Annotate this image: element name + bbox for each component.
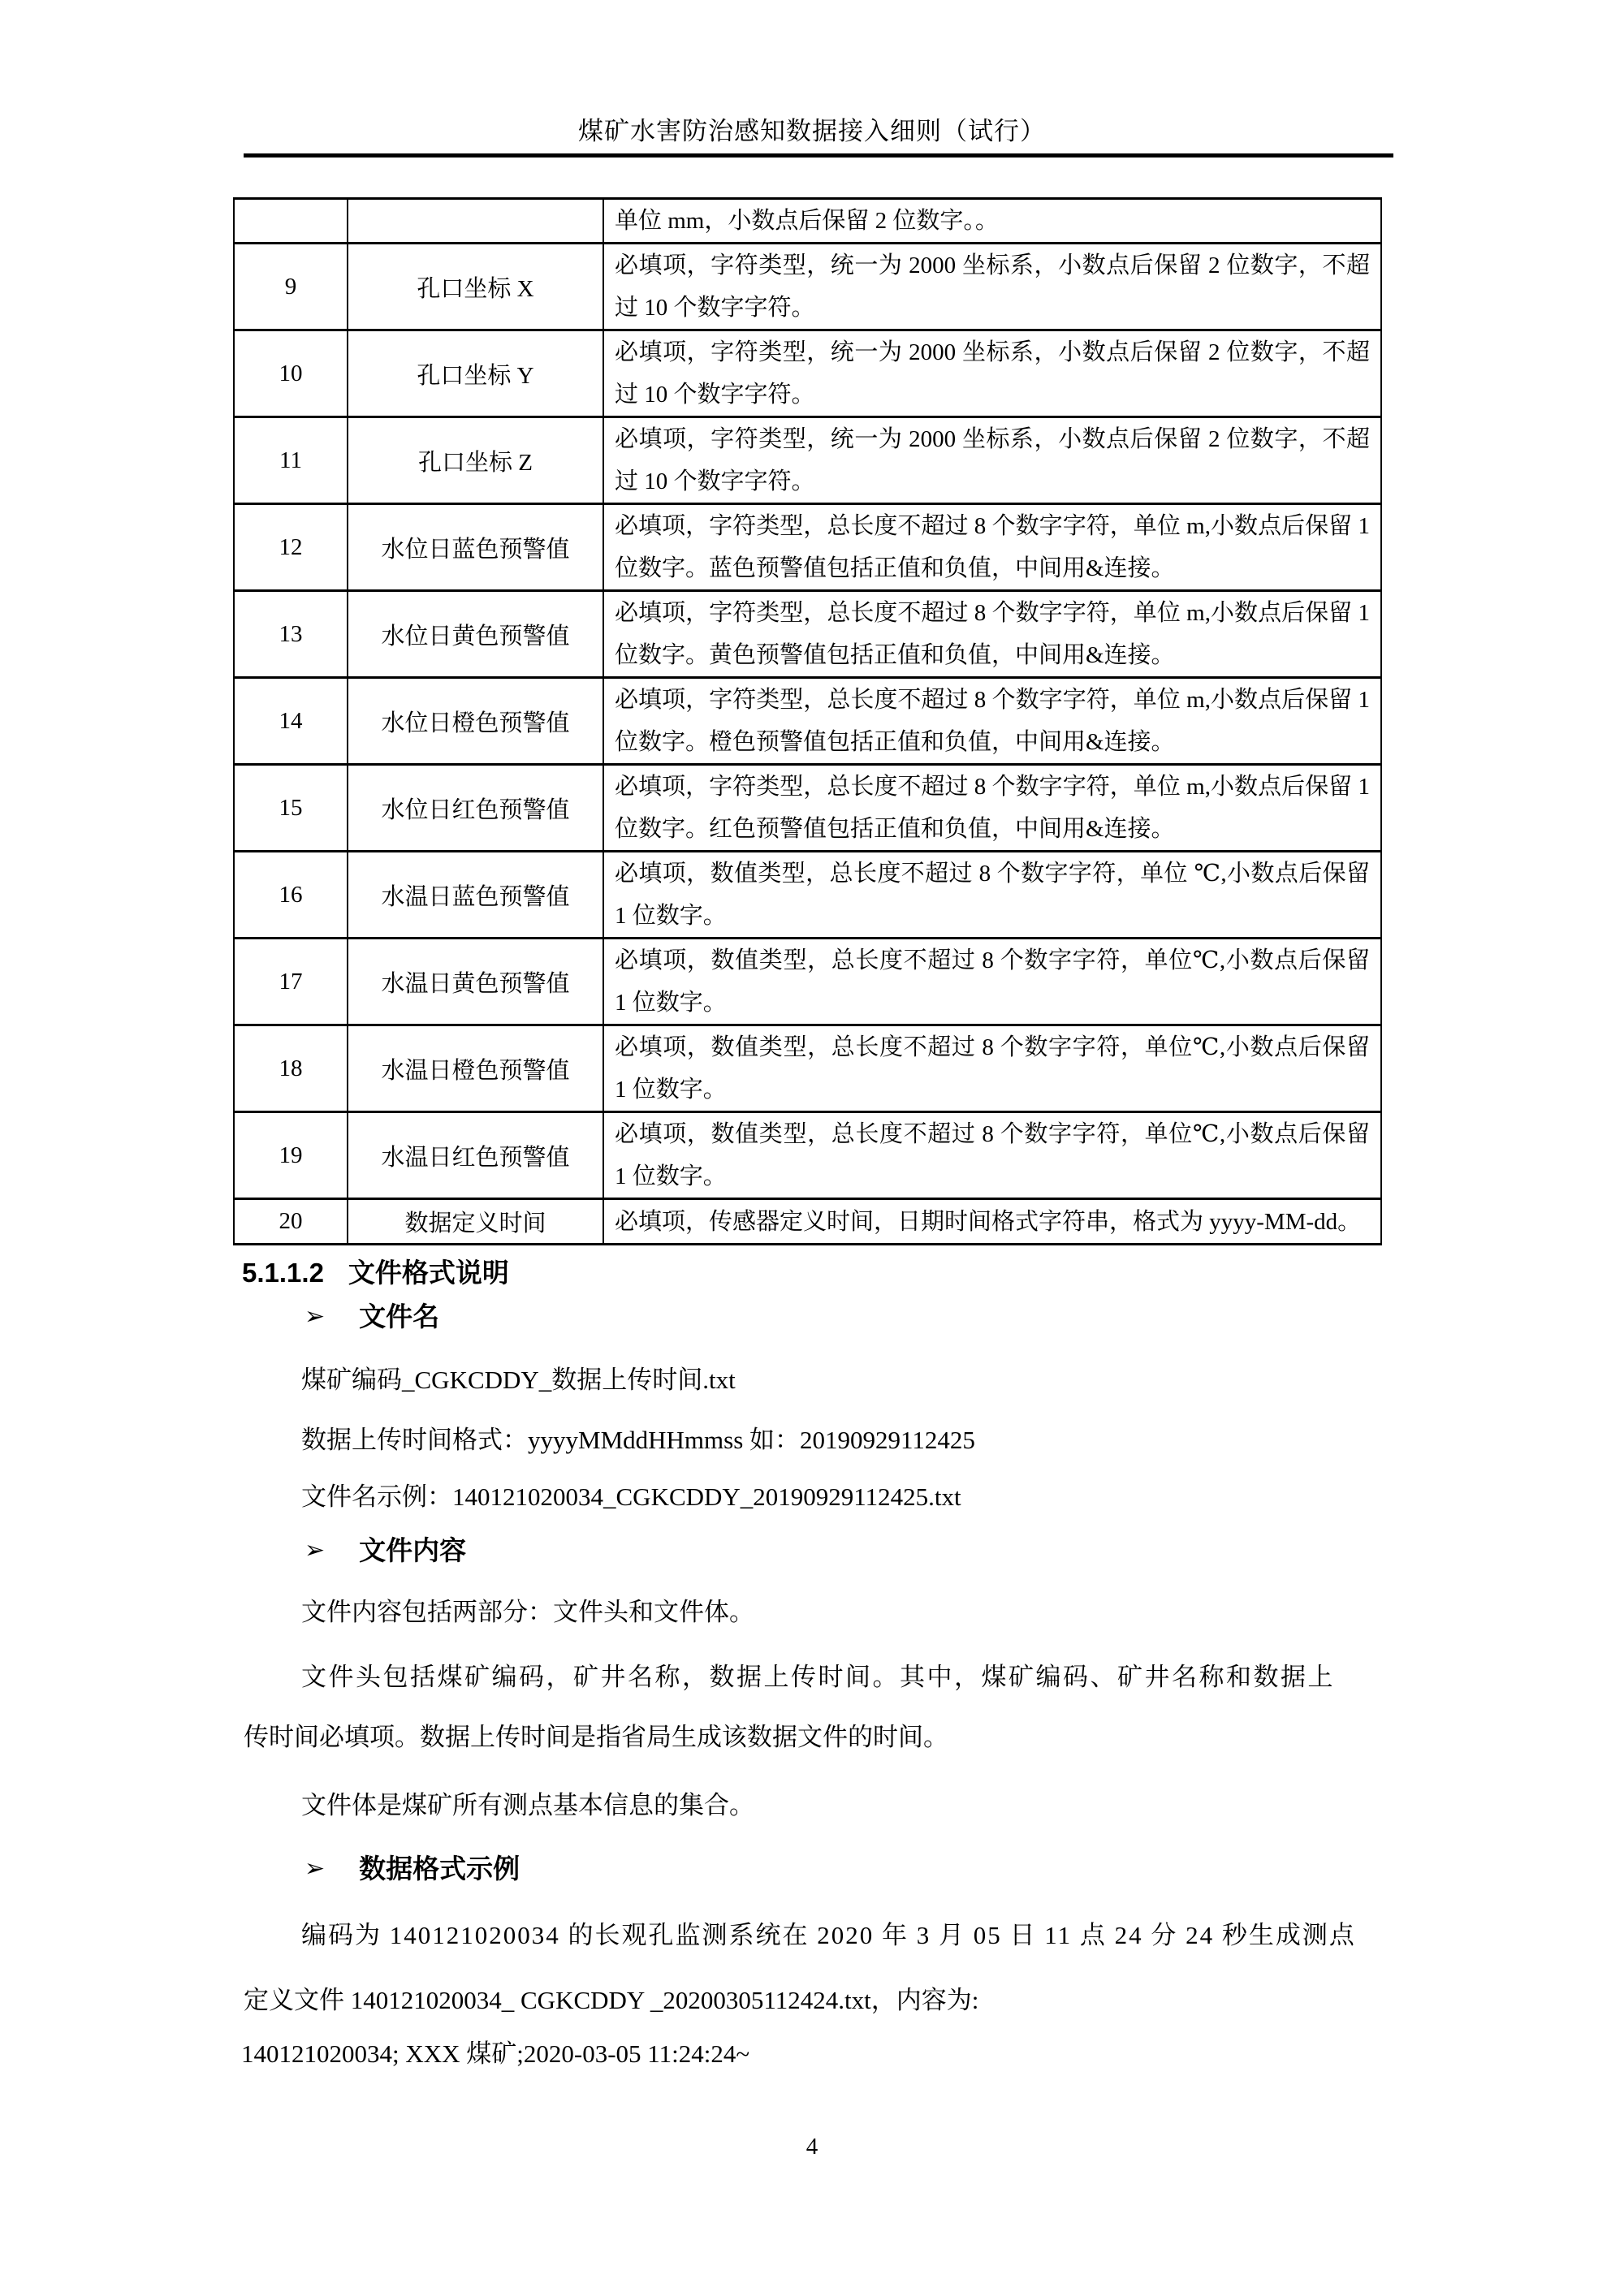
cell-field-name: 孔口坐标 X <box>348 244 603 330</box>
cell-field-name: 水位日橙色预警值 <box>348 678 603 765</box>
paragraph-example-3: 140121020034; XXX 煤矿;2020-03-05 11:24:24… <box>241 2033 749 2069</box>
bullet-label: 文件名 <box>359 1301 439 1331</box>
paragraph-content-2b: 传时间必填项。数据上传时间是指省局生成该数据文件的时间。 <box>244 1716 948 1753</box>
document-header-title: 煤矿水害防治感知数据接入细则（试行） <box>0 110 1624 147</box>
cell-seq: 19 <box>234 1112 348 1199</box>
paragraph-content-2a: 文件头包括煤矿编码，矿井名称，数据上传时间。其中，煤矿编码、矿井名称和数据上 <box>301 1656 1335 1693</box>
bullet-arrow-icon: ➢ <box>304 1855 325 1882</box>
spec-table: 单位 mm，小数点后保留 2 位数字。。 9 孔口坐标 X 必填项，字符类型，统… <box>233 197 1382 1245</box>
cell-description: 必填项，字符类型，统一为 2000 坐标系，小数点后保留 2 位数字，不超过 1… <box>603 244 1381 330</box>
cell-description: 必填项，字符类型，统一为 2000 坐标系，小数点后保留 2 位数字，不超过 1… <box>603 417 1381 504</box>
cell-field-name: 水位日蓝色预警值 <box>348 504 603 591</box>
bullet-item-data-example: ➢数据格式示例 <box>304 1848 520 1884</box>
cell-field-name: 水温日红色预警值 <box>348 1112 603 1199</box>
table-row: 18 水温日橙色预警值 必填项，数值类型，总长度不超过 8 个数字字符，单位℃,… <box>234 1025 1381 1112</box>
table-row: 10 孔口坐标 Y 必填项，字符类型，统一为 2000 坐标系，小数点后保留 2… <box>234 330 1381 417</box>
cell-description: 必填项，字符类型，总长度不超过 8 个数字字符，单位 m,小数点后保留 1 位数… <box>603 678 1381 765</box>
paragraph-filename-pattern: 煤矿编码_CGKCDDY_数据上传时间.txt <box>301 1359 736 1396</box>
table-row: 14 水位日橙色预警值 必填项，字符类型，总长度不超过 8 个数字字符，单位 m… <box>234 678 1381 765</box>
cell-seq: 20 <box>234 1199 348 1245</box>
cell-seq <box>234 199 348 244</box>
paragraph-content-3: 文件体是煤矿所有测点基本信息的集合。 <box>301 1785 754 1821</box>
cell-seq: 12 <box>234 504 348 591</box>
bullet-label: 文件内容 <box>359 1535 466 1565</box>
section-title: 文件格式说明 <box>348 1258 509 1288</box>
cell-field-name: 孔口坐标 Z <box>348 417 603 504</box>
cell-seq: 13 <box>234 591 348 678</box>
paragraph-example-1: 编码为 140121020034 的长观孔监测系统在 2020 年 3 月 05… <box>301 1914 1356 1951</box>
cell-seq: 15 <box>234 765 348 852</box>
bullet-label: 数据格式示例 <box>359 1854 520 1884</box>
cell-field-name: 孔口坐标 Y <box>348 330 603 417</box>
cell-field-name <box>348 199 603 244</box>
cell-description: 必填项，数值类型，总长度不超过 8 个数字字符，单位℃,小数点后保留 1 位数字… <box>603 1025 1381 1112</box>
cell-description: 必填项，数值类型，总长度不超过 8 个数字字符，单位 ℃,小数点后保留 1 位数… <box>603 852 1381 939</box>
cell-seq: 14 <box>234 678 348 765</box>
section-number: 5.1.1.2 <box>242 1258 324 1288</box>
cell-field-name: 水温日橙色预警值 <box>348 1025 603 1112</box>
table-row: 17 水温日黄色预警值 必填项，数值类型，总长度不超过 8 个数字字符，单位℃,… <box>234 939 1381 1025</box>
cell-description: 必填项，传感器定义时间，日期时间格式字符串，格式为 yyyy-MM-dd。 <box>603 1199 1381 1245</box>
bullet-item-filename: ➢文件名 <box>304 1296 439 1331</box>
cell-description: 必填项，字符类型，总长度不超过 8 个数字字符，单位 m,小数点后保留 1 位数… <box>603 591 1381 678</box>
table-row: 12 水位日蓝色预警值 必填项，字符类型，总长度不超过 8 个数字字符，单位 m… <box>234 504 1381 591</box>
cell-field-name: 水位日红色预警值 <box>348 765 603 852</box>
cell-seq: 16 <box>234 852 348 939</box>
document-page: 煤矿水害防治感知数据接入细则（试行） 单位 mm，小数点后保留 2 位数字。。 … <box>0 0 1624 2296</box>
cell-seq: 9 <box>234 244 348 330</box>
paragraph-example-2: 定义文件 140121020034_ CGKCDDY _202003051124… <box>244 1979 978 2016</box>
cell-description: 必填项，字符类型，统一为 2000 坐标系，小数点后保留 2 位数字，不超过 1… <box>603 330 1381 417</box>
bullet-arrow-icon: ➢ <box>304 1537 325 1564</box>
page-number: 4 <box>0 2134 1624 2160</box>
cell-seq: 11 <box>234 417 348 504</box>
table-row: 13 水位日黄色预警值 必填项，字符类型，总长度不超过 8 个数字字符，单位 m… <box>234 591 1381 678</box>
table-row: 19 水温日红色预警值 必填项，数值类型，总长度不超过 8 个数字字符，单位℃,… <box>234 1112 1381 1199</box>
cell-field-name: 水温日蓝色预警值 <box>348 852 603 939</box>
cell-description: 必填项，数值类型，总长度不超过 8 个数字字符，单位℃,小数点后保留 1 位数字… <box>603 1112 1381 1199</box>
cell-field-name: 水温日黄色预警值 <box>348 939 603 1025</box>
table-row: 20 数据定义时间 必填项，传感器定义时间，日期时间格式字符串，格式为 yyyy… <box>234 1199 1381 1245</box>
cell-seq: 10 <box>234 330 348 417</box>
table-row: 11 孔口坐标 Z 必填项，字符类型，统一为 2000 坐标系，小数点后保留 2… <box>234 417 1381 504</box>
table-row: 16 水温日蓝色预警值 必填项，数值类型，总长度不超过 8 个数字字符，单位 ℃… <box>234 852 1381 939</box>
bullet-arrow-icon: ➢ <box>304 1303 325 1330</box>
cell-description: 必填项，数值类型，总长度不超过 8 个数字字符，单位℃,小数点后保留 1 位数字… <box>603 939 1381 1025</box>
cell-description: 单位 mm，小数点后保留 2 位数字。。 <box>603 199 1381 244</box>
cell-field-name: 水位日黄色预警值 <box>348 591 603 678</box>
bullet-item-file-content: ➢文件内容 <box>304 1530 466 1565</box>
section-heading: 5.1.1.2文件格式说明 <box>242 1252 509 1290</box>
table-row: 9 孔口坐标 X 必填项，字符类型，统一为 2000 坐标系，小数点后保留 2 … <box>234 244 1381 330</box>
cell-seq: 17 <box>234 939 348 1025</box>
table-row: 15 水位日红色预警值 必填项，字符类型，总长度不超过 8 个数字字符，单位 m… <box>234 765 1381 852</box>
table-row: 单位 mm，小数点后保留 2 位数字。。 <box>234 199 1381 244</box>
cell-seq: 18 <box>234 1025 348 1112</box>
cell-description: 必填项，字符类型，总长度不超过 8 个数字字符，单位 m,小数点后保留 1 位数… <box>603 765 1381 852</box>
paragraph-content-1: 文件内容包括两部分：文件头和文件体。 <box>301 1591 754 1628</box>
paragraph-upload-time-format: 数据上传时间格式：yyyyMMddHHmmss 如：20190929112425 <box>301 1419 975 1456</box>
cell-description: 必填项，字符类型，总长度不超过 8 个数字字符，单位 m,小数点后保留 1 位数… <box>603 504 1381 591</box>
paragraph-filename-example: 文件名示例：140121020034_CGKCDDY_2019092911242… <box>301 1476 961 1513</box>
cell-field-name: 数据定义时间 <box>348 1199 603 1245</box>
header-rule <box>244 153 1393 158</box>
